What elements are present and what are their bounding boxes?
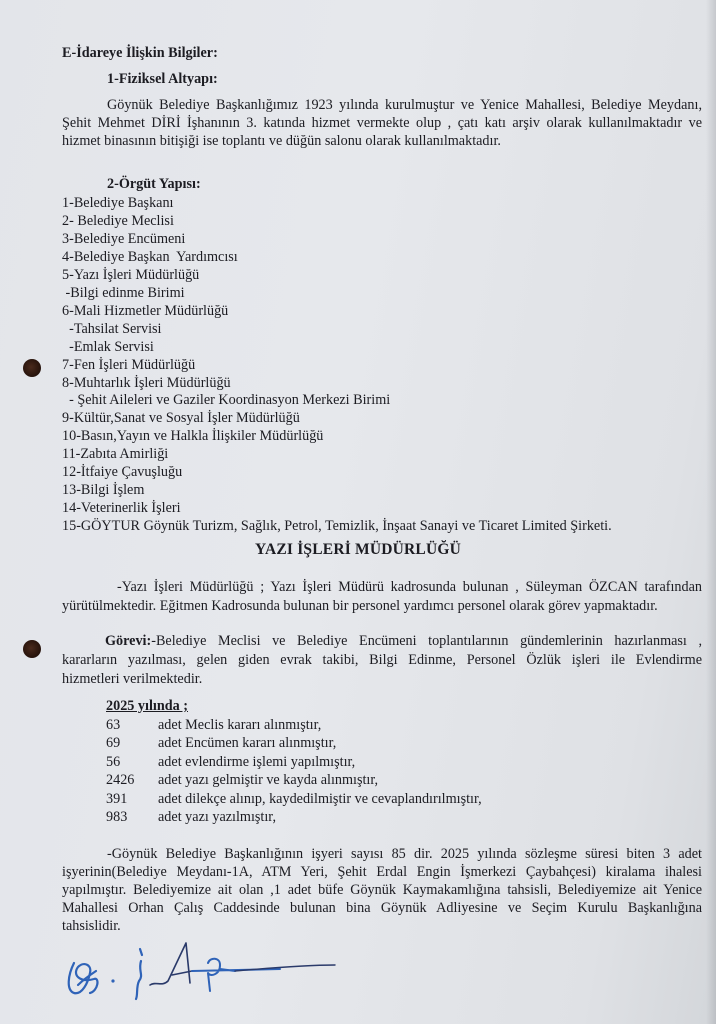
duty-label: Görevi: <box>105 633 151 649</box>
stat-text: adet Encümen kararı alınmıştır, <box>158 735 336 751</box>
workplace-line: işyerinin(Belediye Meydanı-1A, ATM Yeri,… <box>62 863 702 881</box>
paragraph-line: hizmet binasının bitişiği ise toplantı v… <box>62 132 501 150</box>
stat-text: adet yazı gelmiştir ve kayda alınmıştır, <box>158 772 378 788</box>
signature-stroke <box>69 963 98 993</box>
org-list-item: 1-Belediye Başkanı <box>62 194 174 212</box>
signature-stroke <box>235 965 335 971</box>
subsection-heading-organization: 2-Örgüt Yapısı: <box>107 175 201 193</box>
signature-stroke <box>150 943 192 985</box>
section-heading: E-İdareye İlişkin Bilgiler: <box>62 44 218 62</box>
duty-line: Görevi:-Belediye Meclisi ve Belediye Enc… <box>62 632 702 650</box>
paragraph-line: Şehit Mehmet DİRİ İşhanının 3. katında h… <box>62 114 702 132</box>
signature-stroke <box>192 959 280 991</box>
stat-row: 56adet evlendirme işlemi yapılmıştır, <box>106 753 355 771</box>
org-list-item: 3-Belediye Encümeni <box>62 230 185 248</box>
duty-text: -Belediye Meclisi ve Belediye Encümeni t… <box>151 633 702 649</box>
workplace-line: tahsislidir. <box>62 917 121 935</box>
workplace-line: -Göynük Belediye Başkanlığının işyeri sa… <box>62 845 702 863</box>
org-list-item: 13-Bilgi İşlem <box>62 481 144 499</box>
stat-row: 2426adet yazı gelmiştir ve kayda alınmış… <box>106 771 378 789</box>
intro-line: -Yazı İşleri Müdürlüğü ; Yazı İşleri Müd… <box>62 578 702 596</box>
stat-text: adet dilekçe alınıp, kaydedilmiştir ve c… <box>158 791 482 807</box>
org-list-item: 7-Fen İşleri Müdürlüğü <box>62 356 195 374</box>
org-list-item: 11-Zabıta Amirliği <box>62 445 168 463</box>
stat-count: 2426 <box>106 771 158 789</box>
stat-count: 56 <box>106 753 158 771</box>
duty-line: hizmetleri verilmektedir. <box>62 670 202 688</box>
org-list-item: 14-Veterinerlik İşleri <box>62 499 181 517</box>
punch-hole-top <box>23 359 41 377</box>
page-edge-shadow <box>706 0 716 1024</box>
org-list-item: 9-Kültür,Sanat ve Sosyal İşler Müdürlüğü <box>62 409 300 427</box>
paragraph-line: Göynük Belediye Başkanlığımız 1923 yılın… <box>62 96 702 114</box>
org-list-item: -Tahsilat Servisi <box>62 320 162 338</box>
org-list-item: 5-Yazı İşleri Müdürlüğü <box>62 266 199 284</box>
org-list-item: 6-Mali Hizmetler Müdürlüğü <box>62 302 228 320</box>
stat-row: 69adet Encümen kararı alınmıştır, <box>106 734 336 752</box>
handwritten-signature <box>60 935 360 1005</box>
stat-row: 391adet dilekçe alınıp, kaydedilmiştir v… <box>106 790 482 808</box>
punch-hole-bottom <box>23 640 41 658</box>
org-list-item: 8-Muhtarlık İşleri Müdürlüğü <box>62 374 231 392</box>
org-list-item: 2- Belediye Meclisi <box>62 212 174 230</box>
org-list-item: 4-Belediye Başkan Yardımcısı <box>62 248 238 266</box>
year-heading: 2025 yılında ; <box>106 697 188 715</box>
intro-line: yürütülmektedir. Eğitmen Kadrosunda bulu… <box>62 597 658 615</box>
org-list-item: - Şehit Aileleri ve Gaziler Koordinasyon… <box>62 391 390 409</box>
org-list-item: 12-İtfaiye Çavuşluğu <box>62 463 182 481</box>
org-list-item: 10-Basın,Yayın ve Halkla İlişkiler Müdür… <box>62 427 323 445</box>
stat-text: adet evlendirme işlemi yapılmıştır, <box>158 754 355 770</box>
department-title: YAZI İŞLERİ MÜDÜRLÜĞÜ <box>0 541 716 559</box>
document-page: E-İdareye İlişkin Bilgiler: 1-Fiziksel A… <box>0 0 716 1024</box>
workplace-line: yapılmıştır. Belediyemize ait olan ,1 ad… <box>62 881 702 899</box>
stat-count: 69 <box>106 734 158 752</box>
signature-stroke <box>136 949 142 999</box>
org-list-item: 15-GÖYTUR Göynük Turizm, Sağlık, Petrol,… <box>62 517 612 535</box>
org-list-item: -Bilgi edinme Birimi <box>62 284 185 302</box>
stat-count: 391 <box>106 790 158 808</box>
stat-count: 983 <box>106 808 158 826</box>
workplace-line: Mahallesi Orhan Çalış Caddesinde bulunan… <box>62 899 702 917</box>
subsection-heading-physical: 1-Fiziksel Altyapı: <box>107 70 218 88</box>
stat-row: 983adet yazı yazılmıştır, <box>106 808 276 826</box>
org-list-item: -Emlak Servisi <box>62 338 154 356</box>
stat-text: adet yazı yazılmıştır, <box>158 809 276 825</box>
duty-line: kararların yazılması, gelen giden evrak … <box>62 651 702 669</box>
stat-row: 63adet Meclis kararı alınmıştır, <box>106 716 321 734</box>
stat-count: 63 <box>106 716 158 734</box>
stat-text: adet Meclis kararı alınmıştır, <box>158 717 321 733</box>
